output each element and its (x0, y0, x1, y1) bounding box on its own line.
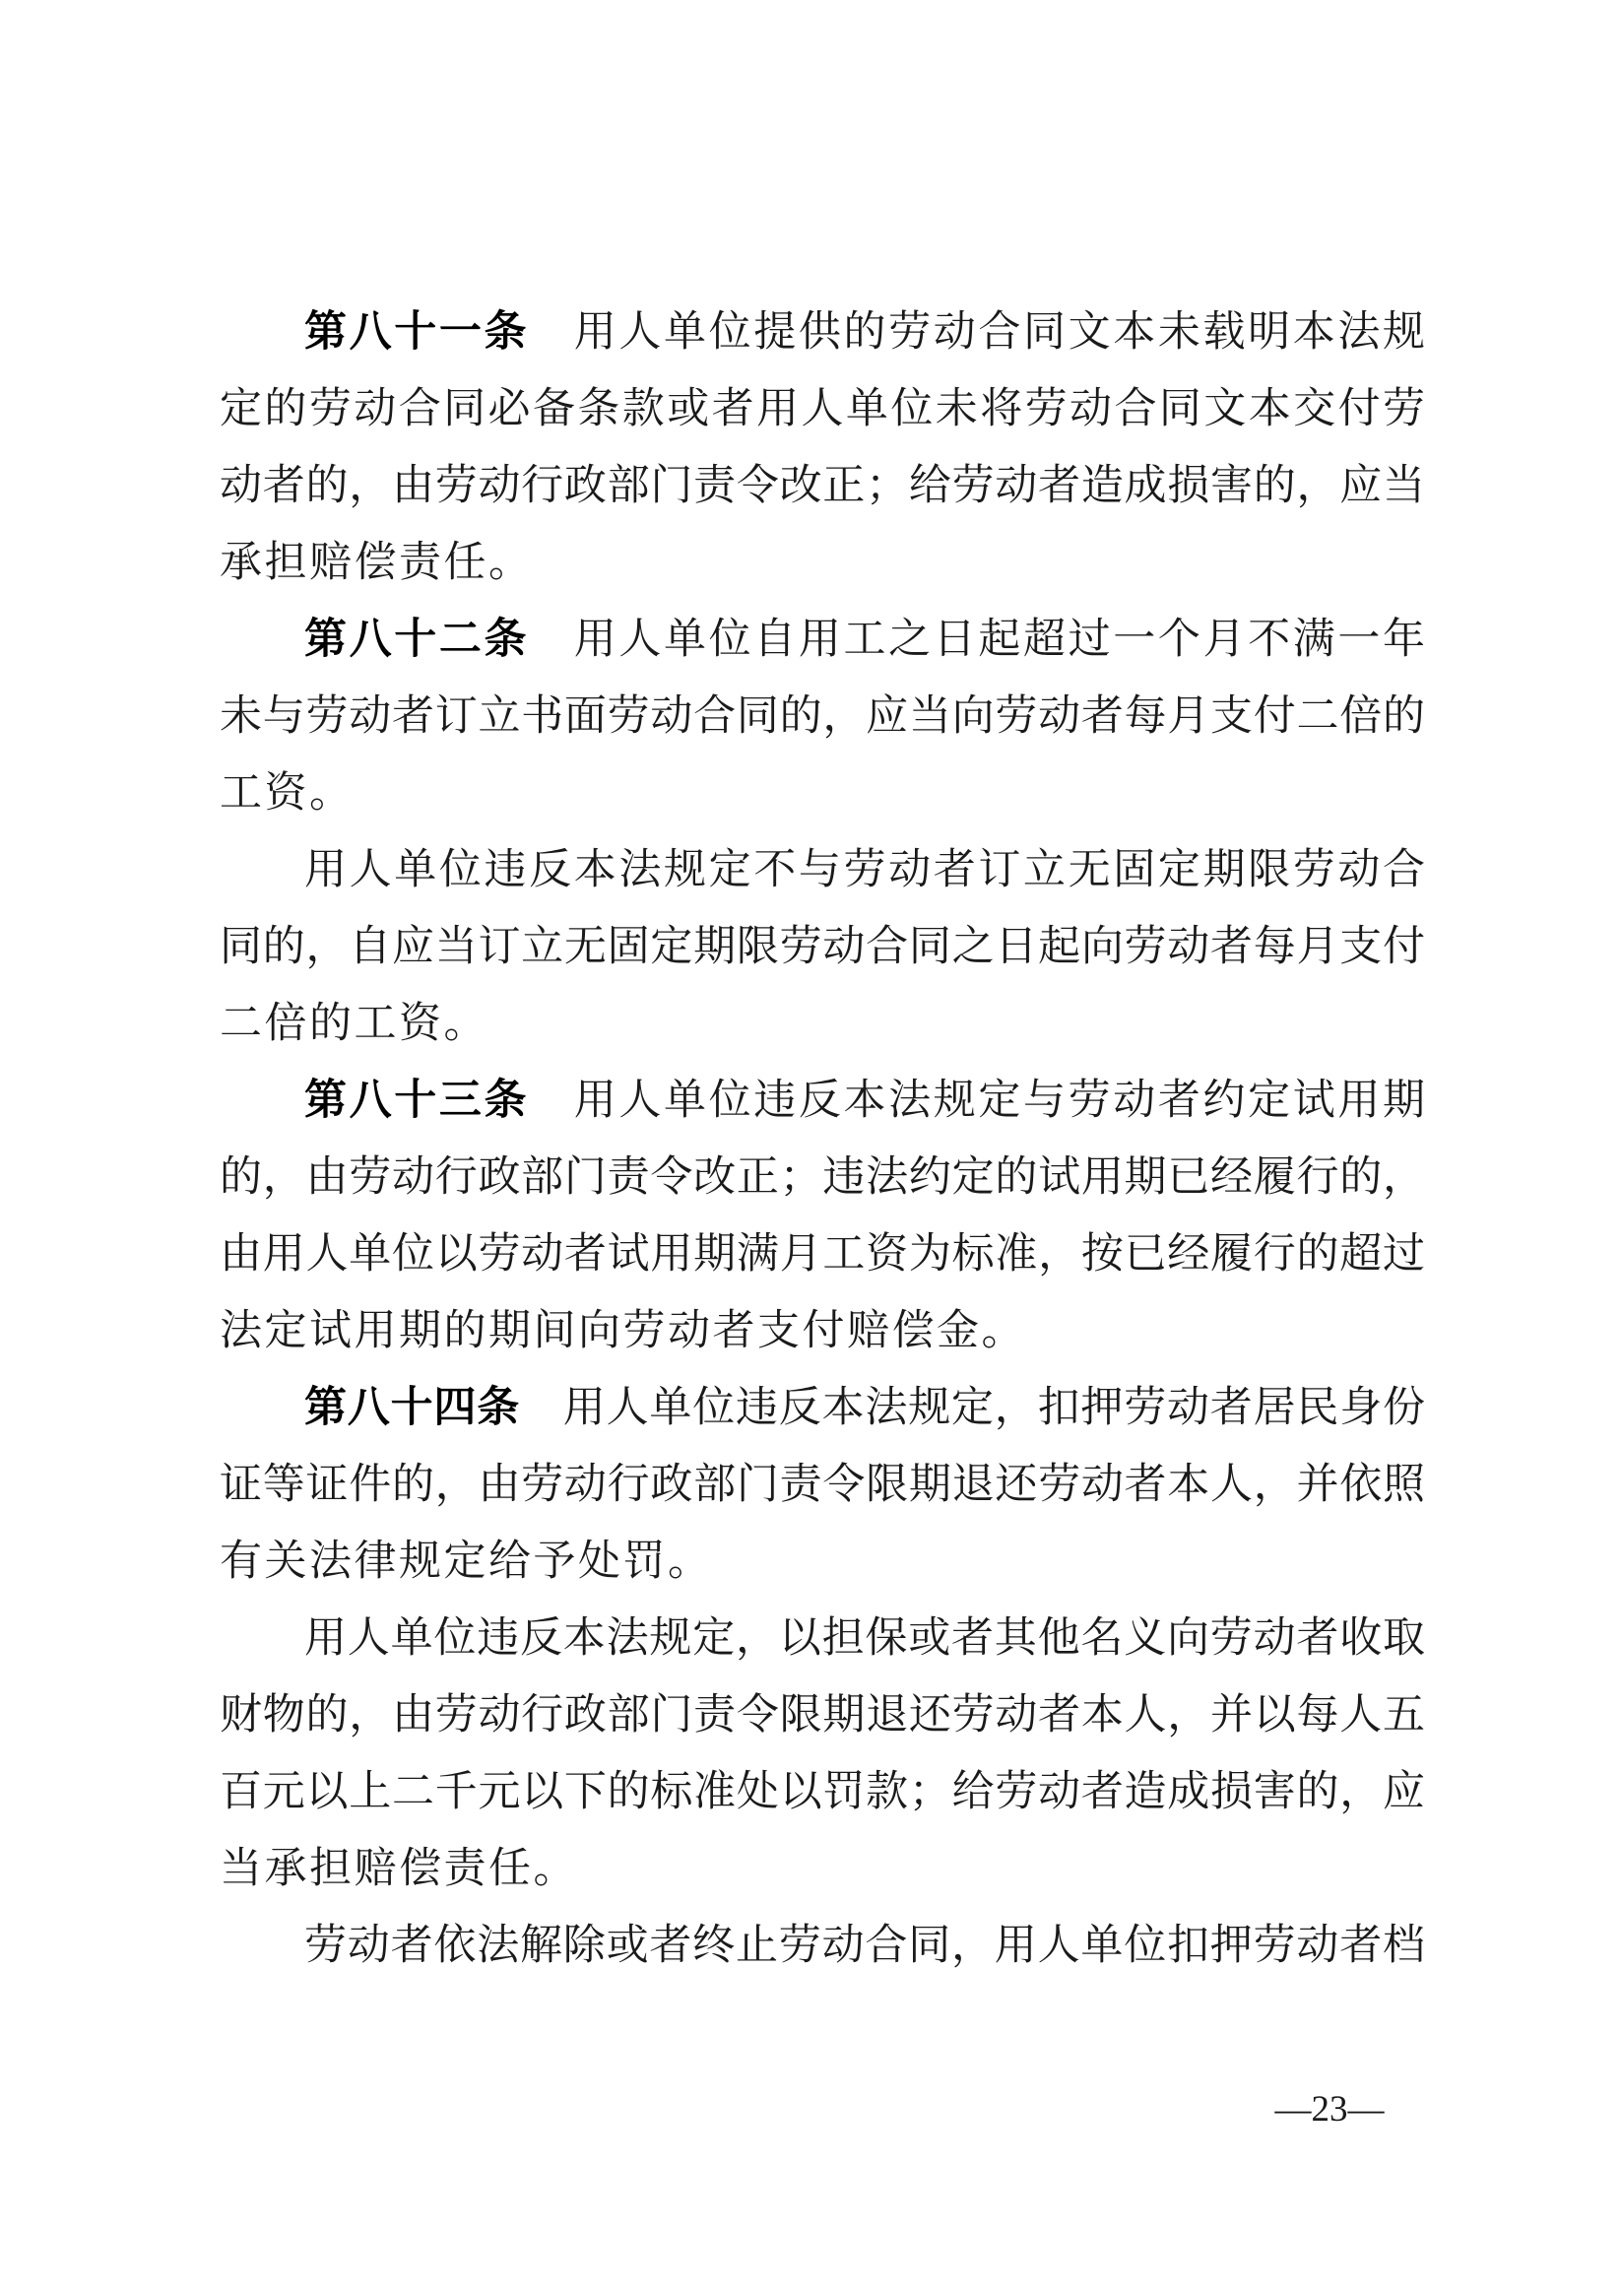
text-line: 证等证件的，由劳动行政部门责令限期退还劳动者本人，并依照 (220, 1447, 1425, 1524)
text-line: 财物的，由劳动行政部门责令限期退还劳动者本人，并以每人五 (220, 1677, 1425, 1754)
text-segment: 用人单位自用工之日起超过一个月不满一年 (529, 617, 1425, 663)
text-segment: 动者的，由劳动行政部门责令改正；给劳动者造成损害的，应当 (220, 463, 1425, 509)
text-segment: 同的，自应当订立无固定期限劳动合同之日起向劳动者每月支付 (220, 924, 1425, 970)
text-segment: 有关法律规定给予处罚。 (220, 1539, 713, 1585)
text-segment: 未与劳动者订立书面劳动合同的，应当向劳动者每月支付二倍的 (220, 693, 1425, 740)
text-segment: 财物的，由劳动行政部门责令限期退还劳动者本人，并以每人五 (220, 1692, 1425, 1738)
text-line: 当承担赔偿责任。 (220, 1831, 1425, 1908)
text-line: 由用人单位以劳动者试用期满月工资为标准，按已经履行的超过 (220, 1216, 1425, 1293)
text-line: 第八十四条 用人单位违反本法规定，扣押劳动者居民身份 (220, 1370, 1425, 1447)
text-segment: 证等证件的，由劳动行政部门责令限期退还劳动者本人，并依照 (220, 1462, 1425, 1508)
text-line: 有关法律规定给予处罚。 (220, 1524, 1425, 1601)
text-segment: 定的劳动合同必备条款或者用人单位未将劳动合同文本交付劳 (220, 386, 1425, 432)
article-number: 第八十一条 (304, 309, 529, 356)
text-segment: 由用人单位以劳动者试用期满月工资为标准，按已经履行的超过 (220, 1231, 1425, 1278)
text-line: 用人单位违反本法规定，以担保或者其他名义向劳动者收取 (220, 1601, 1425, 1677)
text-line: 动者的，由劳动行政部门责令改正；给劳动者造成损害的，应当 (220, 448, 1425, 525)
article-number: 第八十二条 (304, 617, 529, 663)
text-segment: 工资。 (220, 770, 355, 817)
text-line: 法定试用期的期间向劳动者支付赔偿金。 (220, 1293, 1425, 1370)
text-segment: 用人单位违反本法规定，扣押劳动者居民身份 (520, 1385, 1425, 1431)
text-segment: 劳动者依法解除或者终止劳动合同，用人单位扣押劳动者档 (304, 1923, 1425, 1969)
text-segment: 用人单位违反本法规定，以担保或者其他名义向劳动者收取 (304, 1615, 1425, 1662)
text-segment: 二倍的工资。 (220, 1001, 488, 1047)
text-line: 工资。 (220, 755, 1425, 832)
text-segment: 用人单位违反本法规定不与劳动者订立无固定期限劳动合 (304, 847, 1425, 893)
text-segment: 用人单位违反本法规定与劳动者约定试用期 (529, 1078, 1425, 1124)
text-segment: 的，由劳动行政部门责令改正；违法约定的试用期已经履行的， (220, 1154, 1425, 1201)
article-number: 第八十三条 (304, 1078, 529, 1124)
text-segment: 承担赔偿责任。 (220, 540, 534, 586)
text-line: 定的劳动合同必备条款或者用人单位未将劳动合同文本交付劳 (220, 371, 1425, 448)
text-line: 第八十二条 用人单位自用工之日起超过一个月不满一年 (220, 602, 1425, 679)
text-line: 的，由劳动行政部门责令改正；违法约定的试用期已经履行的， (220, 1140, 1425, 1216)
text-line: 承担赔偿责任。 (220, 525, 1425, 602)
text-line: 用人单位违反本法规定不与劳动者订立无固定期限劳动合 (220, 832, 1425, 909)
text-line: 第八十一条 用人单位提供的劳动合同文本未载明本法规 (220, 295, 1425, 371)
text-line: 二倍的工资。 (220, 986, 1425, 1063)
document-page: 第八十一条 用人单位提供的劳动合同文本未载明本法规定的劳动合同必备条款或者用人单… (0, 0, 1621, 2296)
text-segment: 百元以上二千元以下的标准处以罚款；给劳动者造成损害的，应 (220, 1769, 1425, 1815)
text-line: 第八十三条 用人单位违反本法规定与劳动者约定试用期 (220, 1063, 1425, 1140)
text-line: 劳动者依法解除或者终止劳动合同，用人单位扣押劳动者档 (220, 1908, 1425, 1985)
article-number: 第八十四条 (304, 1385, 520, 1431)
text-segment: 用人单位提供的劳动合同文本未载明本法规 (529, 309, 1425, 356)
text-line: 未与劳动者订立书面劳动合同的，应当向劳动者每月支付二倍的 (220, 679, 1425, 755)
page-number: —23— (1231, 2080, 1428, 2139)
text-segment: 法定试用期的期间向劳动者支付赔偿金。 (220, 1308, 1026, 1354)
text-segment: 当承担赔偿责任。 (220, 1846, 578, 1892)
text-line: 同的，自应当订立无固定期限劳动合同之日起向劳动者每月支付 (220, 909, 1425, 986)
text-block: 第八十一条 用人单位提供的劳动合同文本未载明本法规定的劳动合同必备条款或者用人单… (220, 295, 1425, 1985)
text-line: 百元以上二千元以下的标准处以罚款；给劳动者造成损害的，应 (220, 1754, 1425, 1831)
